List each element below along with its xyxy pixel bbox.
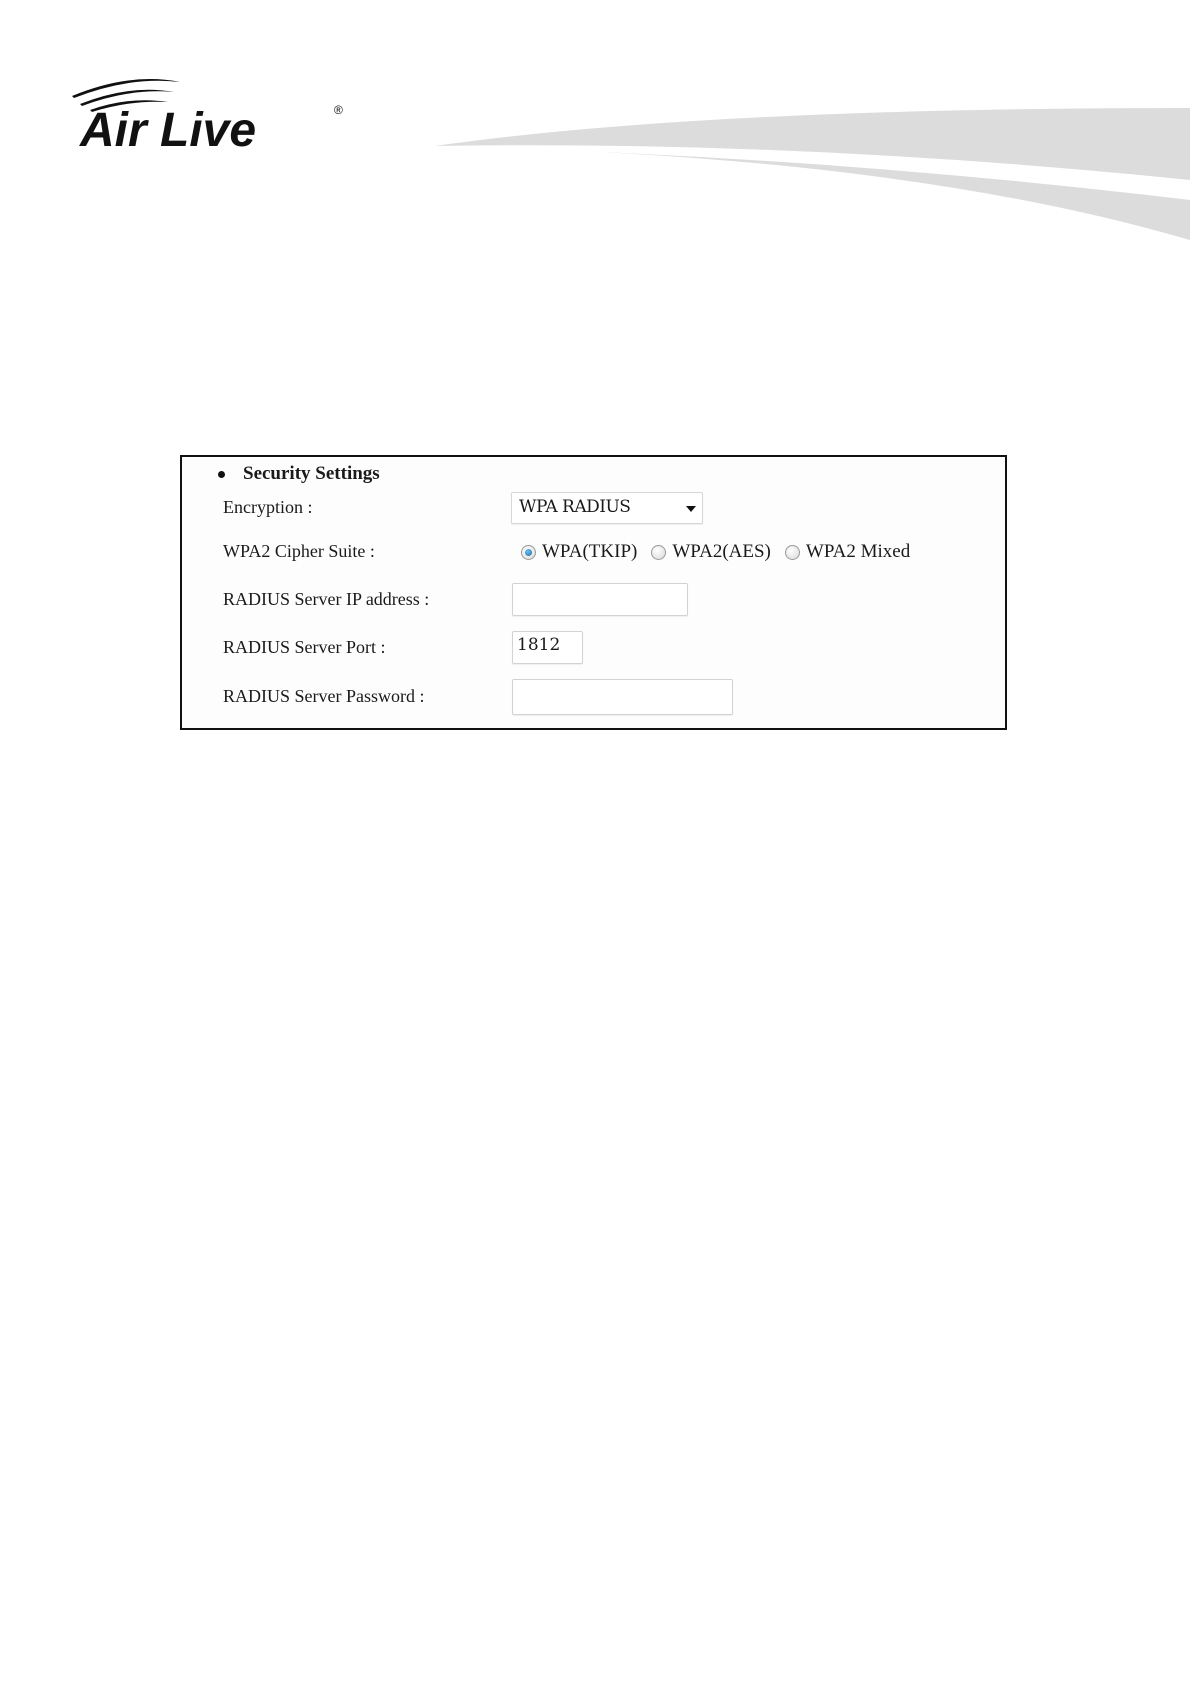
section-heading: Security Settings bbox=[218, 463, 380, 485]
radio-wpa2-aes[interactable]: WPA2(AES) bbox=[651, 541, 771, 563]
radio-wpa-tkip[interactable]: WPA(TKIP) bbox=[521, 541, 637, 563]
cipher-suite-radio-group: WPA(TKIP) WPA2(AES) WPA2 Mixed bbox=[521, 541, 924, 563]
radius-password-label: RADIUS Server Password : bbox=[223, 686, 425, 707]
radius-ip-label: RADIUS Server IP address : bbox=[223, 589, 429, 610]
security-settings-panel: Security Settings Encryption : WPA RADIU… bbox=[180, 455, 1007, 730]
header-swoosh-decoration bbox=[0, 0, 1190, 260]
encryption-label: Encryption : bbox=[223, 497, 312, 518]
radius-port-input[interactable]: 1812 bbox=[512, 631, 583, 664]
radio-label: WPA2(AES) bbox=[672, 541, 771, 563]
radio-unselected-icon[interactable] bbox=[651, 545, 666, 560]
encryption-selected-value: WPA RADIUS bbox=[519, 497, 630, 517]
radius-password-input[interactable] bbox=[512, 679, 733, 715]
section-title: Security Settings bbox=[243, 463, 380, 485]
radius-port-label: RADIUS Server Port : bbox=[223, 637, 386, 658]
encryption-select[interactable]: WPA RADIUS bbox=[511, 492, 703, 524]
radio-label: WPA(TKIP) bbox=[542, 541, 637, 563]
radio-wpa2-mixed[interactable]: WPA2 Mixed bbox=[785, 541, 910, 563]
radio-selected-icon[interactable] bbox=[521, 545, 536, 560]
bullet-icon bbox=[218, 471, 225, 478]
radio-label: WPA2 Mixed bbox=[806, 541, 910, 563]
cipher-suite-label: WPA2 Cipher Suite : bbox=[223, 541, 375, 562]
chevron-down-icon bbox=[686, 506, 696, 512]
radio-unselected-icon[interactable] bbox=[785, 545, 800, 560]
radius-ip-input[interactable] bbox=[512, 583, 688, 616]
